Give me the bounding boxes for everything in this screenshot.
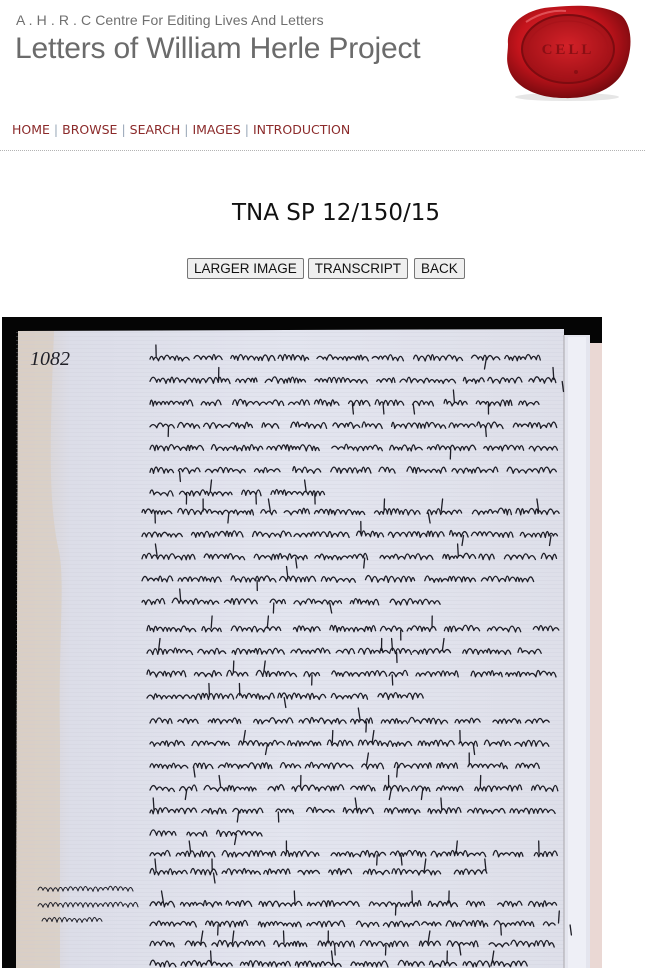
site-header: A . H . R . C Centre For Editing Lives A… bbox=[0, 0, 645, 110]
larger-image-button[interactable]: LARGER IMAGE bbox=[187, 258, 304, 279]
nav-images[interactable]: IMAGES bbox=[192, 122, 240, 137]
nav-separator: | bbox=[121, 122, 125, 137]
back-button[interactable]: BACK bbox=[414, 258, 465, 279]
nav-search[interactable]: SEARCH bbox=[130, 122, 181, 137]
site-title[interactable]: Letters of William Herle Project bbox=[15, 32, 420, 66]
nav-separator: | bbox=[54, 122, 58, 137]
manuscript-image[interactable]: 1082 bbox=[2, 317, 602, 968]
nav-home[interactable]: HOME bbox=[12, 122, 50, 137]
header-divider bbox=[0, 150, 645, 151]
transcript-button[interactable]: TRANSCRIPT bbox=[308, 258, 408, 279]
organization-name: A . H . R . C Centre For Editing Lives A… bbox=[16, 12, 324, 28]
nav-separator: | bbox=[184, 122, 188, 137]
wax-seal-logo[interactable]: CELL bbox=[496, 2, 634, 102]
nav-introduction[interactable]: INTRODUCTION bbox=[253, 122, 350, 137]
document-actions: LARGER IMAGE TRANSCRIPT BACK bbox=[187, 258, 465, 279]
document-title: TNA SP 12/150/15 bbox=[0, 200, 645, 226]
nav-separator: | bbox=[245, 122, 249, 137]
svg-text:1082: 1082 bbox=[30, 348, 70, 370]
main-nav: HOME|BROWSE|SEARCH|IMAGES|INTRODUCTION bbox=[12, 122, 350, 137]
manuscript-scan: 1082 bbox=[2, 317, 602, 968]
svg-text:CELL: CELL bbox=[542, 42, 595, 58]
nav-browse[interactable]: BROWSE bbox=[62, 122, 117, 137]
wax-seal-icon: CELL bbox=[496, 2, 634, 102]
